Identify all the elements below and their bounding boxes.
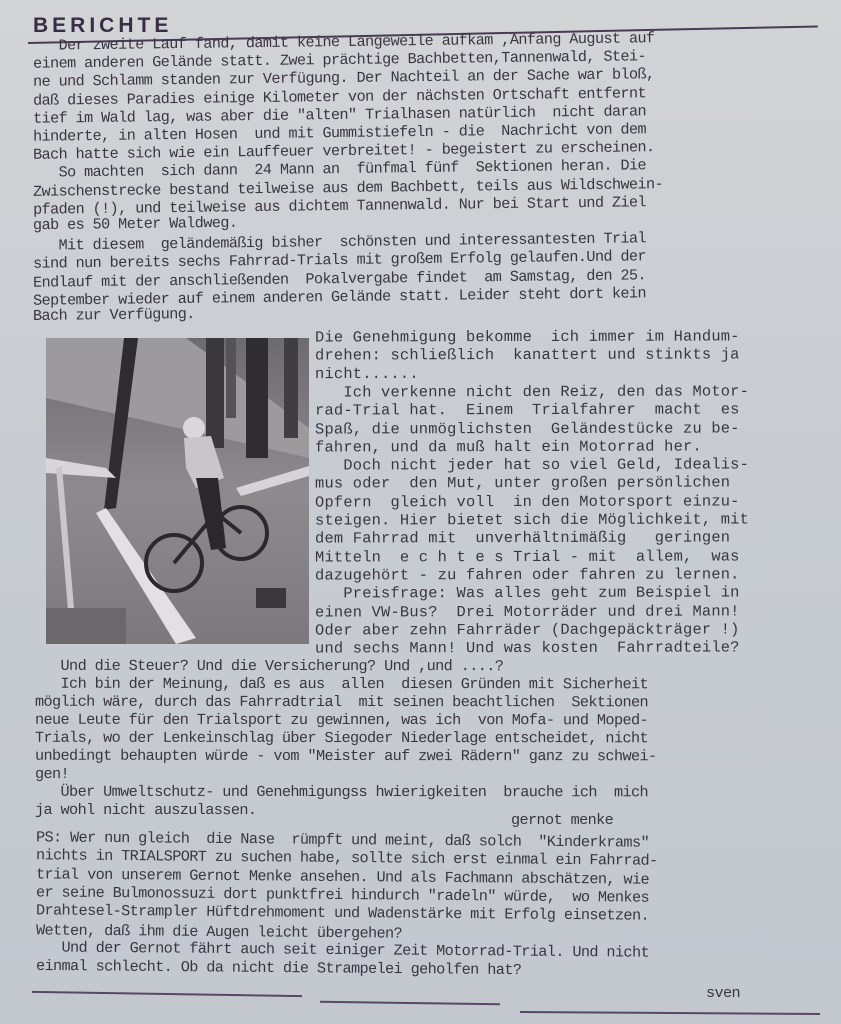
text-line: Spaß, die unmöglichsten Geländestücke zu… <box>315 420 740 438</box>
text-line: mus oder den Mut, unter großen persönlic… <box>315 475 730 493</box>
text-line: Oder aber zehn Fahrräder (Dachgepäckträg… <box>315 621 740 639</box>
text-line: Mitteln e c h t e s Trial - mit allem, w… <box>315 548 740 566</box>
text-line: Doch nicht jeder hat so viel Geld, Ideal… <box>315 457 749 475</box>
text-line: Ich verkenne nicht den Reiz, den das Mot… <box>315 383 749 401</box>
text-line: dazugehört - zu fahren oder fahren zu le… <box>315 566 740 584</box>
trial-photo <box>46 338 309 644</box>
text-line: Bach zur Verfügung. <box>33 306 195 325</box>
text-line: Die Genehmigung bekomme ich immer im Han… <box>315 328 740 346</box>
text-line: Über Umweltschutz- und Genehmigungss hwi… <box>35 784 648 802</box>
footer-rule-1 <box>32 991 302 997</box>
text-line: steigen. Hier bietet sich die Möglichkei… <box>315 511 749 529</box>
text-line: rad-Trial hat. Einem Trialfahrer macht e… <box>315 402 740 420</box>
text-line: und sechs Mann! Und was kosten Fahrradte… <box>315 640 740 658</box>
text-line: einen VW-Bus? Drei Motorräder und drei M… <box>315 603 740 621</box>
footer-rule-2 <box>320 1001 500 1006</box>
text-line: neue Leute für den Trialsport zu gewinne… <box>35 712 648 730</box>
text-line: Und die Steuer? Und die Versicherung? Un… <box>35 658 503 675</box>
text-line: Opfern gleich voll in den Motorsport ein… <box>315 493 740 511</box>
ps-signature: sven <box>706 985 740 1002</box>
author-signature: gernot menke <box>511 812 613 829</box>
text-line: ja wohl nicht auszulassen. <box>35 802 256 819</box>
text-line: Ich bin der Meinung, daß es aus allen di… <box>35 676 648 694</box>
text-line: einmal schlecht. Ob da nicht die Strampe… <box>36 958 521 979</box>
text-line: unbedingt behaupten würde - vom "Meister… <box>35 748 657 766</box>
photo-image <box>46 338 309 644</box>
text-line: gen! <box>35 766 69 783</box>
text-line: dem Fahrrad mit unverhältnimäßig geringe… <box>315 530 730 548</box>
text-line: möglich wäre, durch das Fahrradtrial mit… <box>35 694 648 712</box>
footer-rule-3 <box>520 1011 820 1015</box>
text-line: Trials, wo der Lenkeinschlag über Siegod… <box>35 730 648 748</box>
text-line: nicht...... <box>315 365 419 382</box>
magazine-page: BERICHTE Der zweite Lauf fand, damit kei… <box>0 0 841 1024</box>
text-line: drehen: schließlich kanattert und stinkt… <box>315 347 740 365</box>
text-line: gab es 50 Meter Waldweg. <box>33 215 238 234</box>
text-line: Preisfrage: Was alles geht zum Beispiel … <box>315 585 740 603</box>
text-line: fahren, und da muß halt ein Motorrad her… <box>315 438 702 456</box>
